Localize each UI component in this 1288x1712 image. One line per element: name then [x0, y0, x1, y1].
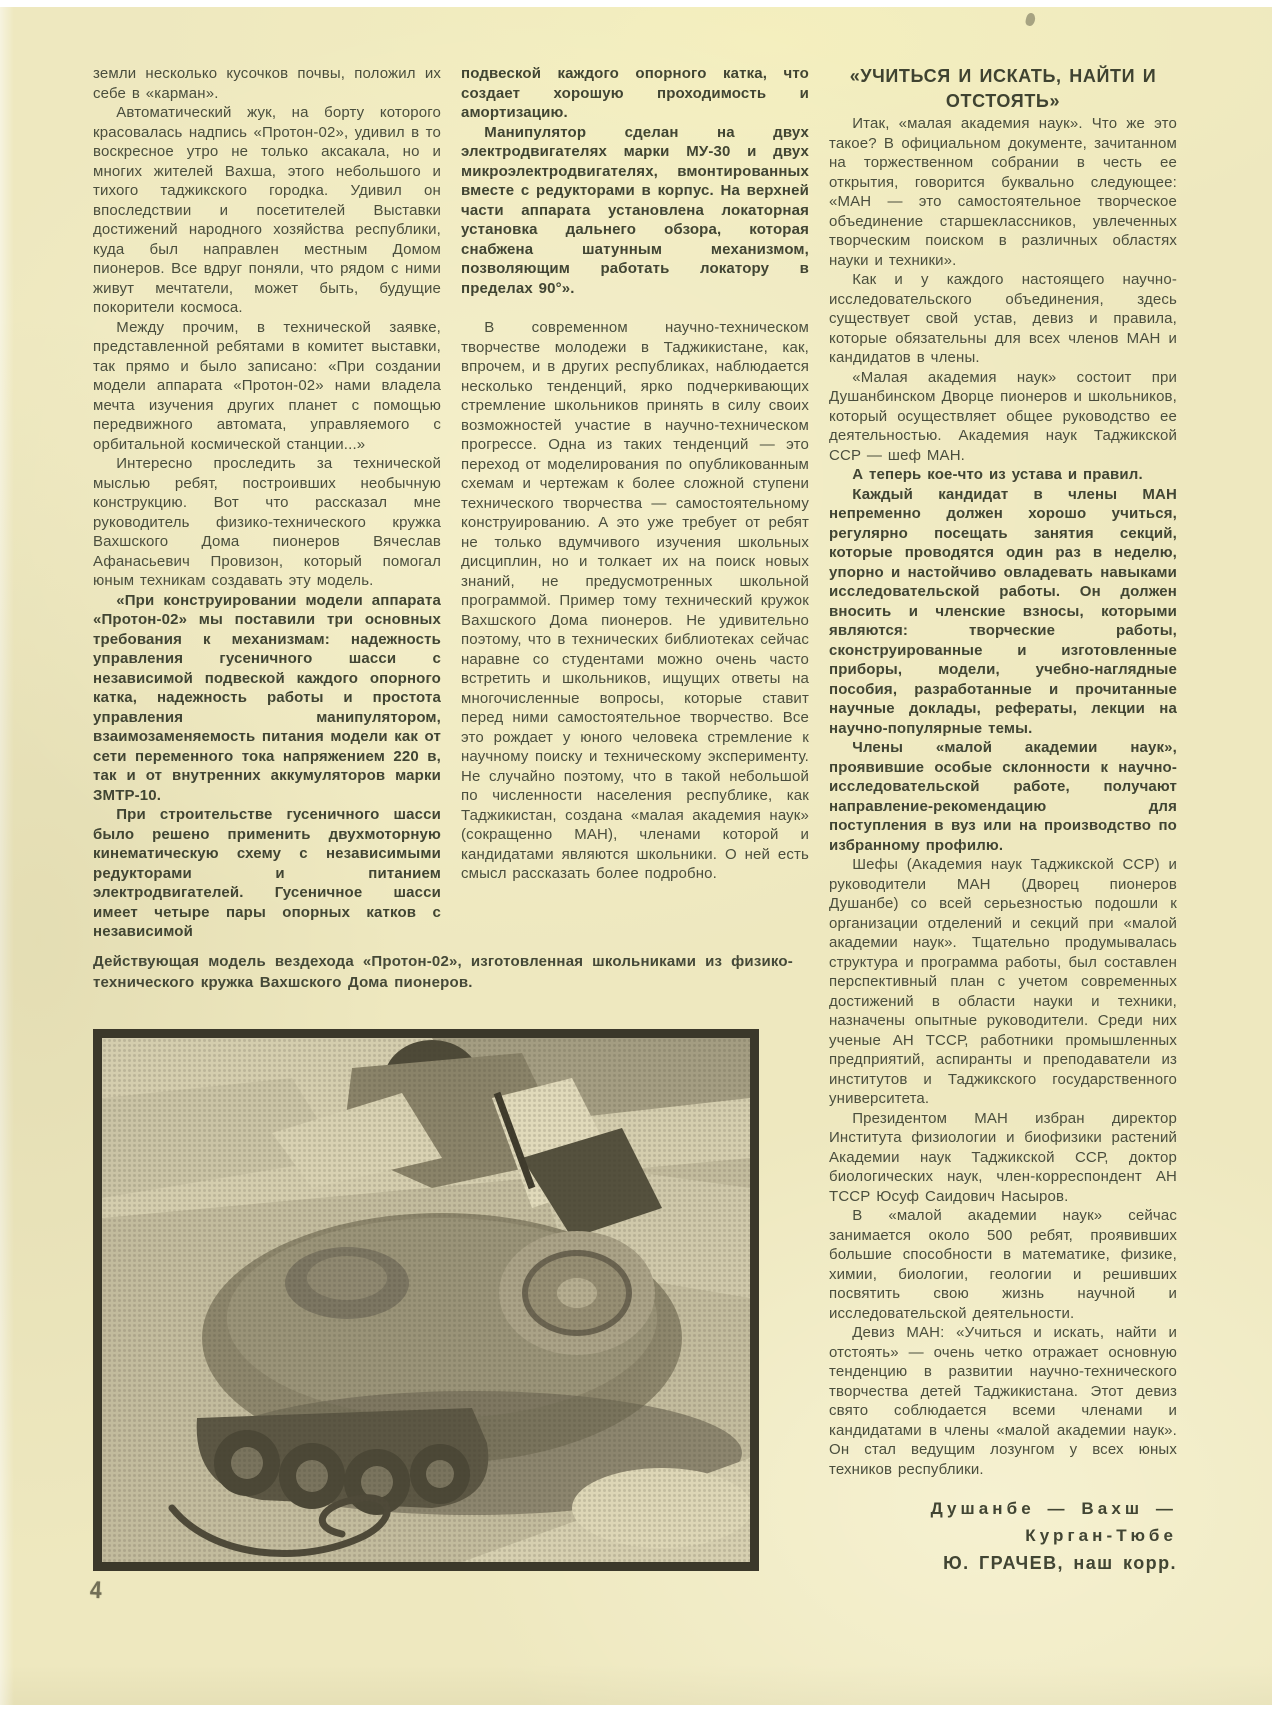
column-2: подвеской каждого опорного катка, что со… [461, 64, 809, 884]
column-1: земли несколько кусочков почвы, положил … [93, 64, 441, 942]
paragraph-quote-bold: При строительстве гусеничного шасси было… [93, 805, 441, 942]
photo-frame [93, 1029, 759, 1571]
signature-route-line: Душанбе — Вахш — [829, 1495, 1177, 1522]
paragraph-quote-bold: «При конструировании модели аппарата «Пр… [93, 591, 441, 806]
paragraph: В «малой академии наук» сейчас занимаетс… [829, 1206, 1177, 1323]
signature-author-line: Ю. ГРАЧЕВ, наш корр. [829, 1549, 1177, 1577]
paragraph: Интересно проследить за технической мысл… [93, 454, 441, 591]
paragraph: «Малая академия наук» состоит при Душанб… [829, 368, 1177, 466]
page-paper: земли несколько кусочков почвы, положил … [0, 7, 1272, 1705]
paragraph: земли несколько кусочков почвы, положил … [93, 64, 441, 103]
paragraph: Президентом МАН избран директор Институт… [829, 1109, 1177, 1207]
paragraph: Девиз МАН: «Учиться и искать, найти и от… [829, 1323, 1177, 1479]
signature-route-line: Курган-Тюбе [829, 1522, 1177, 1549]
paragraph: Итак, «малая академия наук». Что же это … [829, 114, 1177, 270]
paragraph: Между прочим, в технической заявке, пред… [93, 318, 441, 455]
article-heading: «УЧИТЬСЯ И ИСКАТЬ, НАЙТИ И ОТСТОЯТЬ» [829, 64, 1177, 114]
paragraph: Как и у каждого настоящего научно-исслед… [829, 270, 1177, 368]
paragraph: В современном научно-техническом творчес… [461, 318, 809, 884]
column-3: «УЧИТЬСЯ И ИСКАТЬ, НАЙТИ И ОТСТОЯТЬ» Ита… [829, 64, 1177, 1577]
paragraph-quote-bold: Манипулятор сделан на двух электродвигат… [461, 123, 809, 299]
paragraph-bold: Члены «малой академии наук», проявившие … [829, 738, 1177, 855]
paragraph-bold: Каждый кандидат в члены МАН непременно д… [829, 485, 1177, 739]
author-signature: Душанбе — Вахш — Курган-Тюбе Ю. ГРАЧЕВ, … [829, 1495, 1177, 1577]
paragraph-quote-bold: подвеской каждого опорного катка, что со… [461, 64, 809, 123]
photo-model-vehicle [102, 1038, 750, 1562]
paragraph-bold: А теперь кое-что из устава и правил. [829, 465, 1177, 485]
page-number: 4 [89, 1577, 102, 1605]
magazine-page-scan: { "page": { "number": "4" }, "colors": {… [0, 0, 1288, 1712]
photo-caption: Действующая модель вездехода «Протон-02»… [93, 951, 793, 993]
paragraph: Шефы (Академия наук Таджикской ССР) и ру… [829, 855, 1177, 1109]
print-speck [1025, 12, 1037, 27]
paragraph: Автоматический жук, на борту которого кр… [93, 103, 441, 318]
